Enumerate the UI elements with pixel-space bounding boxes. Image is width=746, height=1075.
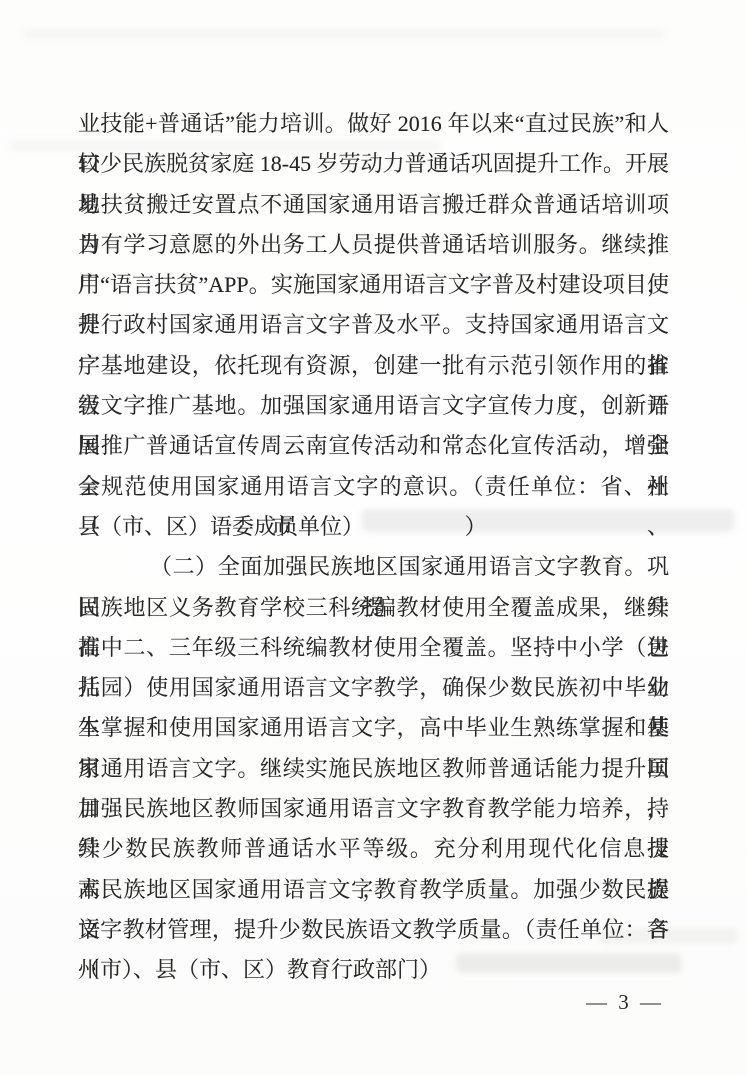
text-line-paragraph-start: （二）全面加强民族地区国家通用语言文字教育。巩固提升	[78, 547, 669, 587]
text-line: 用“语言扶贫”APP。实施国家通用语言文字普及村建设项目，提	[78, 265, 669, 305]
text-line: 升少数民族教师普通话水平等级。充分利用现代化信息技术，提	[78, 829, 669, 869]
text-line: 加强民族地区教师国家通用语言文字教育教学能力培养，持续提	[78, 789, 669, 829]
text-line: 高民族地区国家通用语言文字教育教学质量。加强少数民族语言	[78, 870, 669, 910]
bleedthrough-smudge	[24, 28, 664, 39]
text-line: 会规范使用国家通用语言文字的意识。（责任单位：省、州（市）、	[78, 467, 669, 507]
document-page: 业技能+普通话”能力培训。做好 2016 年以来“直过民族”和人口 较少民族脱贫…	[0, 0, 746, 1075]
text-line: 民族地区义务教育学校三科统编教材使用全覆盖成果，继续推进	[78, 588, 669, 628]
text-line: 广基地建设，依托现有资源，创建一批有示范引领作用的省级语	[78, 346, 669, 386]
text-line: 家通用语言文字。继续实施民族地区教师普通话能力提升项目，	[78, 749, 669, 789]
text-line: 业技能+普通话”能力培训。做好 2016 年以来“直过民族”和人口	[78, 104, 669, 144]
page-number: — 3 —	[586, 990, 664, 1015]
text-line: 言文字推广基地。加强国家通用语言文字宣传力度，创新开展全	[78, 386, 669, 426]
text-line: 国推广普通话宣传周云南宣传活动和常态化宣传活动，增强全社	[78, 426, 669, 466]
text-line: 为有学习意愿的外出务工人员提供普通话培训服务。继续推广使	[78, 225, 669, 265]
text-line: 本掌握和使用国家通用语言文字，高中毕业生熟练掌握和使用国	[78, 708, 669, 748]
text-line: 儿园）使用国家通用语言文字教学，确保少数民族初中毕业生基	[78, 668, 669, 708]
text-line: 较少民族脱贫家庭 18-45 岁劳动力普通话巩固提升工作。开展易	[78, 144, 669, 184]
document-body: 业技能+普通话”能力培训。做好 2016 年以来“直过民族”和人口 较少民族脱贫…	[78, 104, 669, 991]
text-line: （市）、县（市、区）教育行政部门）	[78, 950, 669, 990]
text-line: 高中二、三年级三科统编教材使用全覆盖。坚持中小学（包括幼	[78, 628, 669, 668]
text-line: 文字教材管理，提升少数民族语文教学质量。（责任单位：各州	[78, 910, 669, 950]
text-line: 地扶贫搬迁安置点不通国家通用语言搬迁群众普通话培训项目，	[78, 185, 669, 225]
text-line: 升行政村国家通用语言文字普及水平。支持国家通用语言文字推	[78, 305, 669, 345]
